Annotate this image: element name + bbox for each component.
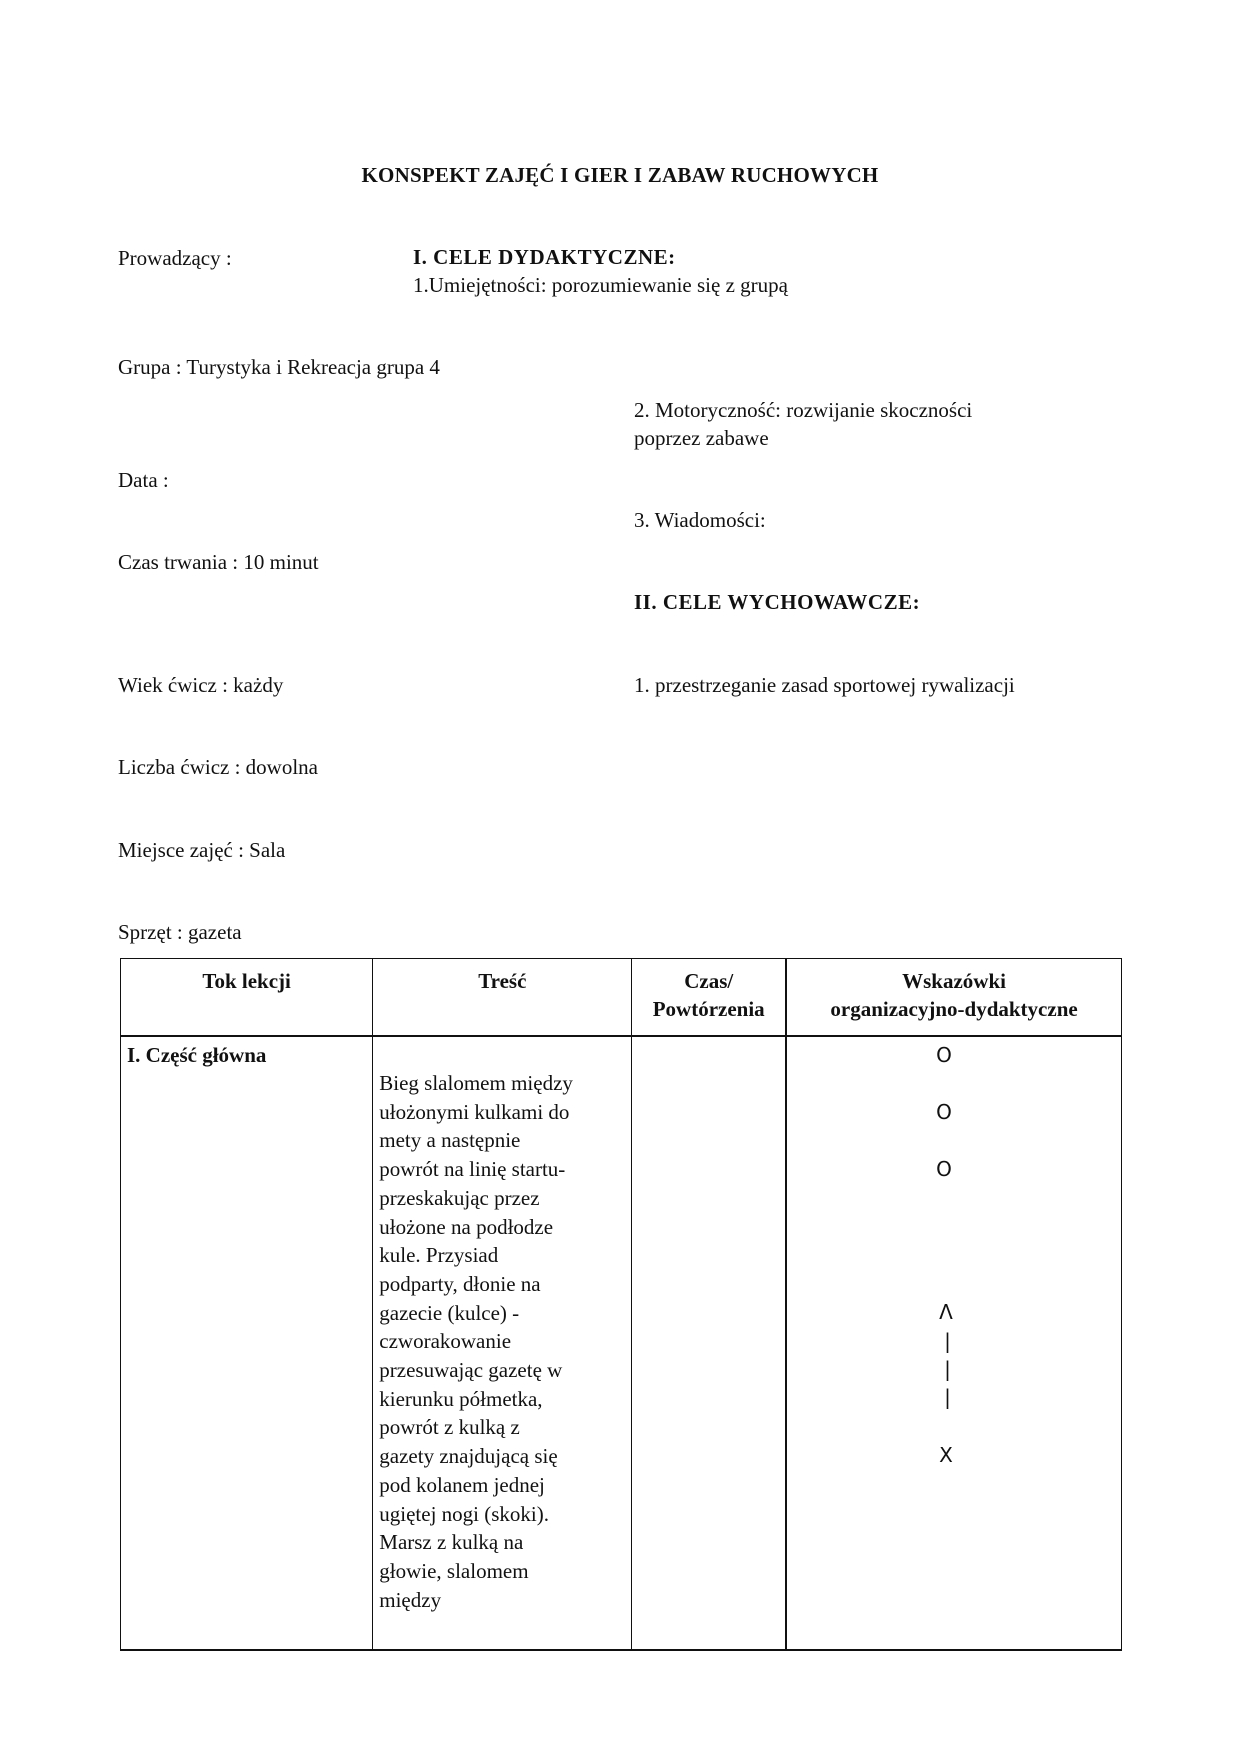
header-wskazowki-line2: organizacyjno-dydaktyczne <box>787 995 1121 1023</box>
arrow-shaft-icon: | <box>944 1359 951 1379</box>
content-line: ułożone na podłodze <box>379 1213 625 1242</box>
content-line: gazecie (kulce) - <box>379 1299 625 1328</box>
header-czas: Czas/ Powtórzenia <box>632 959 786 1037</box>
content-line: przesuwając gazetę w <box>379 1356 625 1385</box>
goal-motor-line2: poprzez zabawe <box>634 425 769 451</box>
content-line: głowie, slalomem <box>379 1557 625 1586</box>
header-czas-line2: Powtórzenia <box>632 995 785 1023</box>
content-cell: Bieg slalomem międzyułożonymi kulkami do… <box>373 1036 632 1650</box>
cone-circle-icon: O <box>936 1159 952 1179</box>
info-wiek: Wiek ćwicz : każdy <box>118 672 283 698</box>
content-line: Marsz z kulką na <box>379 1528 625 1557</box>
arrow-shaft-icon: | <box>944 1331 951 1351</box>
guidance-cell: O O O Λ | | | X <box>786 1036 1121 1650</box>
cone-circle-icon: O <box>936 1102 952 1122</box>
formation-diagram: O O O Λ | | | X <box>787 1037 1121 1649</box>
section-cell: I. Część główna <box>121 1036 373 1650</box>
goal-edu-1: 1. przestrzeganie zasad sportowej rywali… <box>634 672 1015 698</box>
content-line: powrót z kulką z <box>379 1413 625 1442</box>
content-line: kule. Przysiad <box>379 1241 625 1270</box>
content-line: powrót na linię startu- <box>379 1155 625 1184</box>
info-grupa: Grupa : Turystyka i Rekreacja grupa 4 <box>118 354 440 380</box>
header-wskazowki-line1: Wskazówki <box>787 967 1121 995</box>
content-line: Bieg slalomem między <box>379 1069 625 1098</box>
document-title: KONSPEKT ZAJĘĆ I GIER I ZABAW RUCHOWYCH <box>0 162 1240 188</box>
time-cell <box>632 1036 786 1650</box>
didactic-goals-heading: I. CELE DYDAKTYCZNE: <box>413 244 676 270</box>
table-row: I. Część główna Bieg slalomem międzyułoż… <box>121 1036 1122 1650</box>
start-x-icon: X <box>939 1445 953 1465</box>
info-sprzet: Sprzęt : gazeta <box>118 919 242 945</box>
header-tresc: Treść <box>373 959 632 1037</box>
header-czas-line1: Czas/ <box>632 967 785 995</box>
info-miejsce: Miejsce zajęć : Sala <box>118 837 285 863</box>
arrow-shaft-icon: | <box>944 1387 951 1407</box>
table-header-row: Tok lekcji Treść Czas/ Powtórzenia Wskaz… <box>121 959 1122 1037</box>
cone-circle-icon: O <box>936 1045 952 1065</box>
info-data: Data : <box>118 467 169 493</box>
content-line: przeskakując przez <box>379 1184 625 1213</box>
arrow-head-icon: Λ <box>939 1302 953 1322</box>
goal-motor-line1: 2. Motoryczność: rozwijanie skoczności <box>634 397 972 423</box>
content-line: ugiętej nogi (skoki). <box>379 1500 625 1529</box>
content-line: czworakowanie <box>379 1327 625 1356</box>
educational-goals-heading: II. CELE WYCHOWAWCZE: <box>634 589 920 615</box>
info-czas: Czas trwania : 10 minut <box>118 549 319 575</box>
content-text: Bieg slalomem międzyułożonymi kulkami do… <box>379 1069 625 1614</box>
content-line: gazety znajdującą się <box>379 1442 625 1471</box>
content-line: podparty, dłonie na <box>379 1270 625 1299</box>
goal-knowledge: 3. Wiadomości: <box>634 507 766 533</box>
content-line: między <box>379 1586 625 1615</box>
info-prowadzacy: Prowadzący : <box>118 245 232 271</box>
header-wskazowki: Wskazówki organizacyjno-dydaktyczne <box>786 959 1121 1037</box>
content-line: ułożonymi kulkami do <box>379 1098 625 1127</box>
header-tok-lekcji: Tok lekcji <box>121 959 373 1037</box>
goal-skills: 1.Umiejętności: porozumiewanie się z gru… <box>413 272 788 298</box>
lesson-plan-table: Tok lekcji Treść Czas/ Powtórzenia Wskaz… <box>120 958 1122 1651</box>
content-line: mety a następnie <box>379 1126 625 1155</box>
content-line: pod kolanem jednej <box>379 1471 625 1500</box>
content-line: kierunku półmetka, <box>379 1385 625 1414</box>
info-liczba: Liczba ćwicz : dowolna <box>118 754 318 780</box>
